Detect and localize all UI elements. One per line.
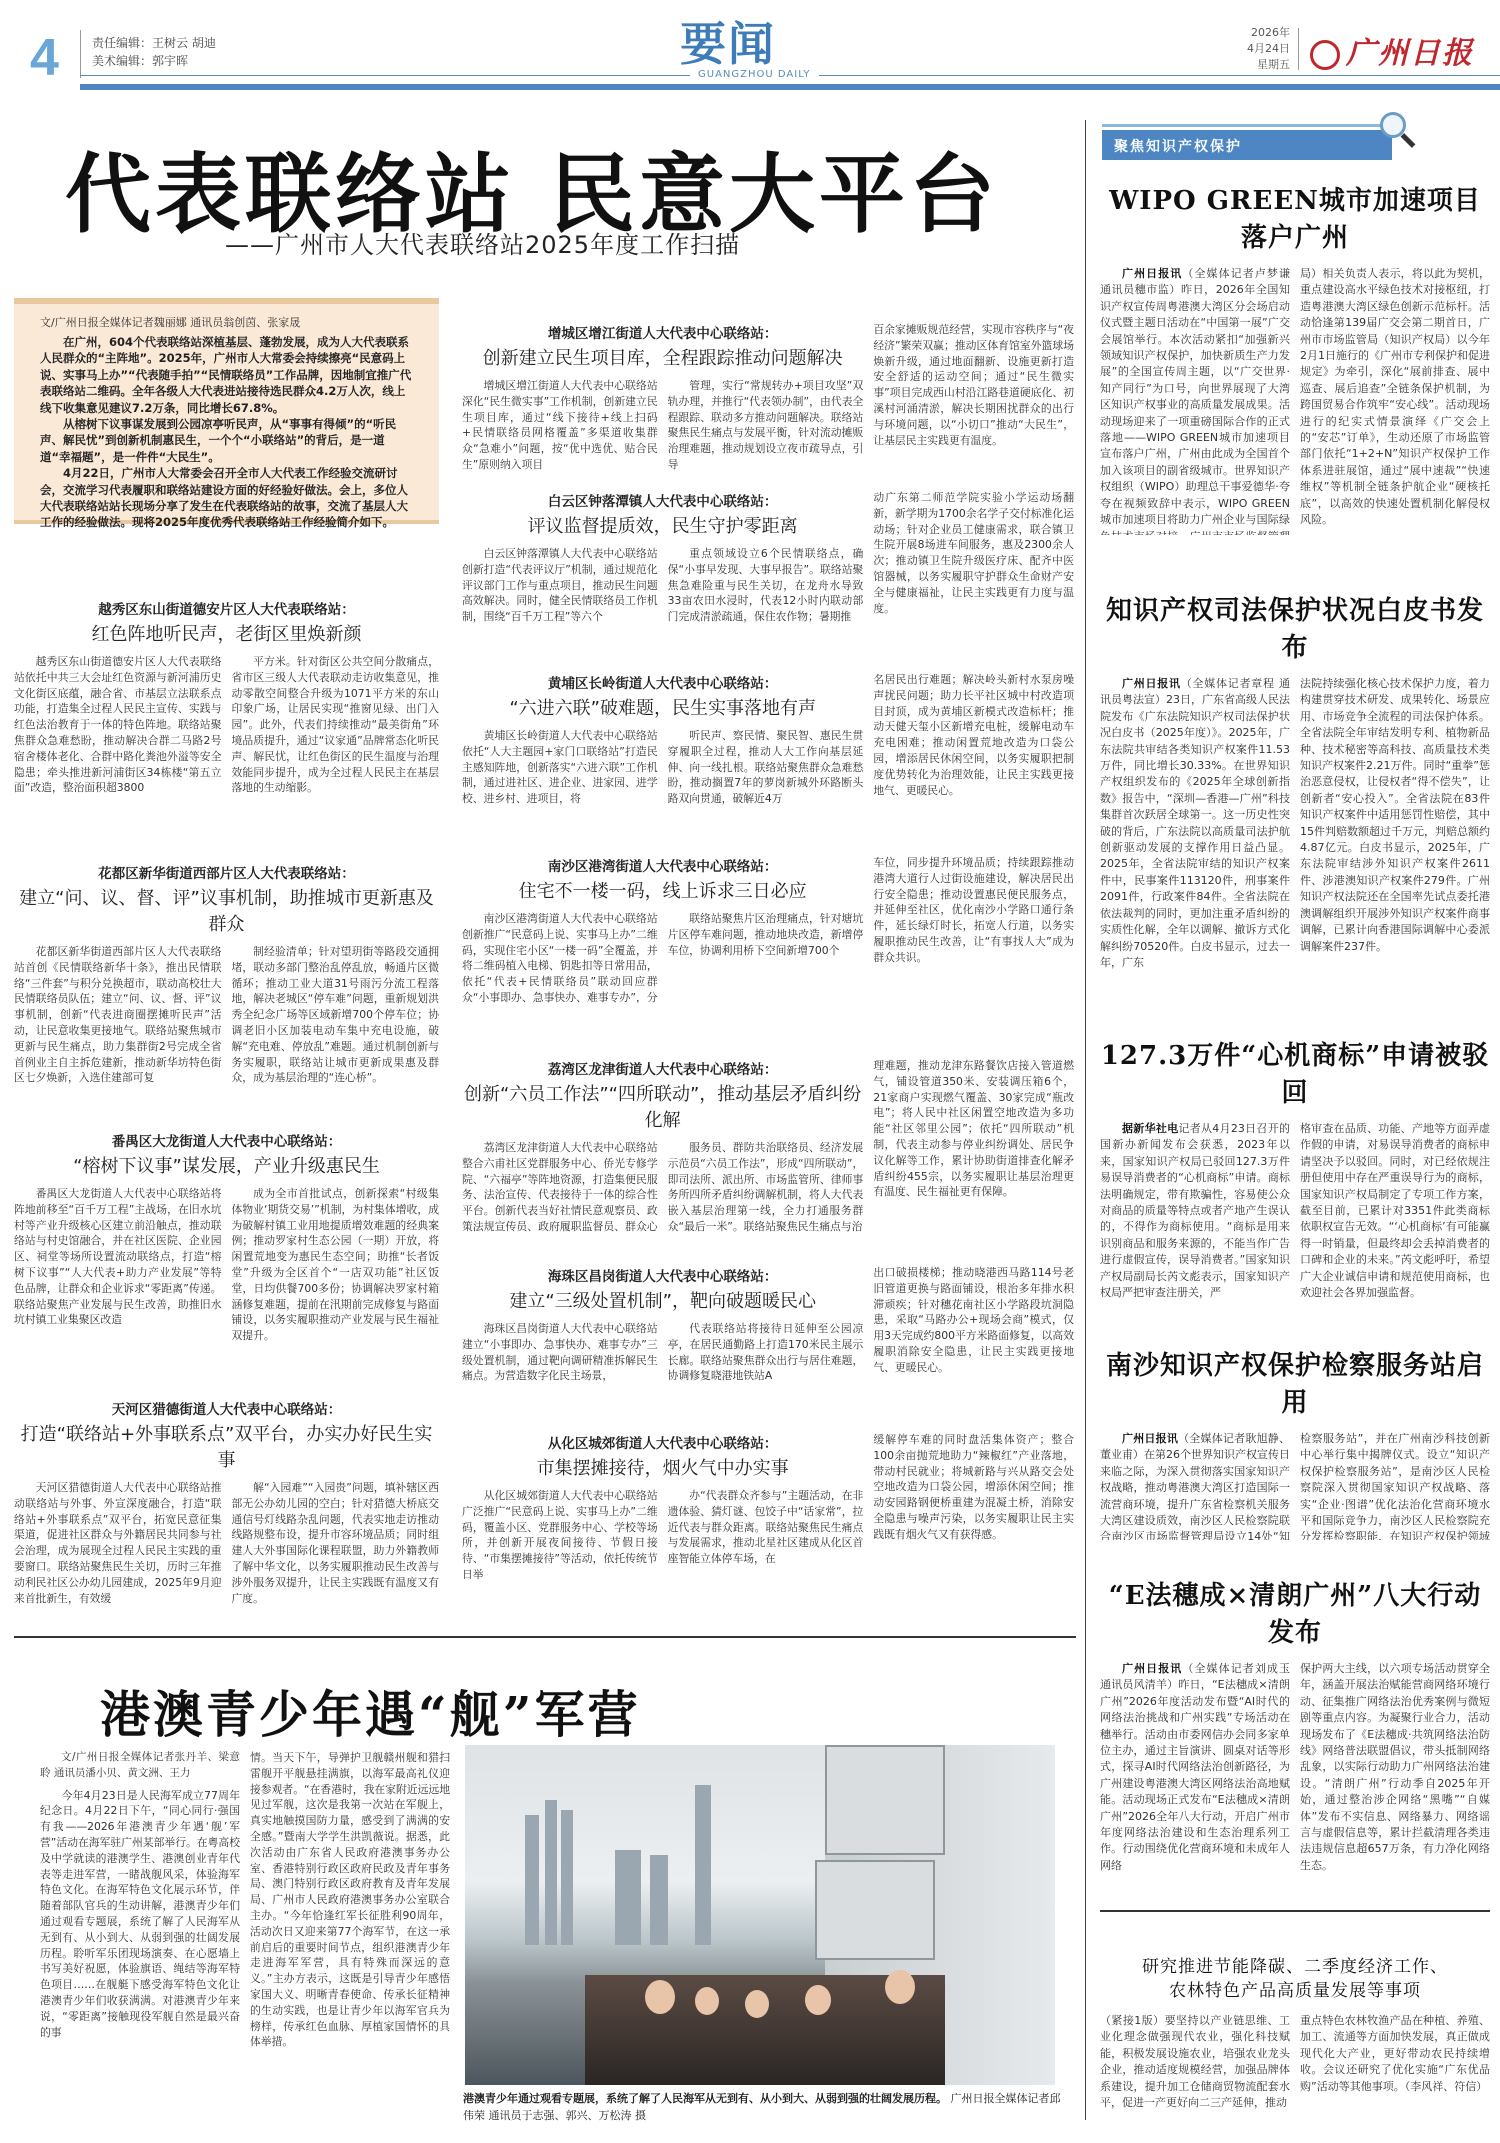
station-kicker: 增城区增江街道人大代表中心联络站： [462,322,863,342]
date-day: 4月24日 [1230,41,1290,57]
article-column: 成为全市首批试点，创新探索“村级集体物业‘期货交易’”机制，为村集体增收，成为破… [232,1186,440,1344]
station-headline: 住宅不一楼一码，线上诉求三日必应 [462,877,863,903]
station-article: 白云区钟落潭镇人大代表中心联络站：评议监督提质效，民生守护零距离 白云区钟落潭镇… [462,490,1074,635]
station-headline: 建立“三级处置机制”，靶向破题暖民心 [462,1287,863,1313]
sidebar-headline: 研究推进节能降碳、二季度经济工作、农林特色产品高质量发展等事项 [1100,1955,1490,2003]
sidebar-article: 127.3万件“心机商标”申请被驳回 据新华社电记者从4月23日召开的国新办新闻… [1100,1035,1490,1305]
issue-date: 2026年 4月24日 星期五 [1230,25,1290,73]
column-divider [1085,120,1086,2120]
dateline: 广州日报讯 [1122,267,1182,280]
article-column: 保护两大主线，以六项专场活动贯穿全年，涵盖开展法治赋能营商网络环境行动、征集推广… [1300,1661,1490,1874]
intro-paragraph: 从榕树下议事谋发展到公园凉亭听民声，从“事事有得倾”的“听民声、解民忧”到创新机… [40,416,415,465]
navy-story-title: 港澳青少年遇“舰”军营 [100,1675,641,1747]
station-article: 天河区猎德街道人大代表中心联络站： 打造“联络站+外事联系点”双平台，办实办好民… [14,1398,439,1608]
station-kicker: 从化区城郊街道人大代表中心联络站： [462,1432,863,1452]
navy-byline: 文/广州日报全媒体记者张丹羊、梁意聆 通讯员潘小贝、黄文洲、王力 [40,1750,240,1782]
station-article: 南沙区港湾街道人大代表中心联络站：住宅不一楼一码，线上诉求三日必应 南沙区港湾街… [462,855,1074,1003]
article-column: 花都区新华街道西部片区人大代表联络站首创《民情联络新华十条》，推出民情联络“三件… [14,944,222,1086]
article-column: 办“代表群众齐参与”主题活动，在非遗体验、猜灯谜、包饺子中“话家常”，拉近代表与… [668,1488,864,1567]
station-kicker: 白云区钟落潭镇人大代表中心联络站： [462,490,863,510]
station-kicker: 越秀区东山街道德安片区人大代表联络站： [14,598,439,618]
date-weekday: 星期五 [1230,57,1290,73]
intro-byline: 文/广州日报全媒体记者魏丽娜 通讯员翁创茵、张家晟 [40,314,415,330]
sidebar-headline: 知识产权司法保护状况白皮书发布 [1100,590,1490,664]
logo-text: 广州日报 [1346,36,1474,71]
sidebar-headline: 南沙知识产权保护检察服务站启用 [1100,1345,1490,1419]
article-column: 从化区城郊街道人大代表中心联络站广泛推广“民意码上说、实事马上办”二维码，覆盖小… [462,1488,658,1583]
station-kicker: 花都区新华街道西部片区人大代表联络站： [14,862,439,882]
station-headline: 打造“联络站+外事联系点”双平台，办实办好民生实事 [14,1420,439,1472]
article-column: 检察服务站”，并在广州南沙科技创新中心举行集中揭牌仪式。设立“知识产权保护检察服… [1300,1431,1490,1540]
sidebar-article: WIPO GREEN城市加速项目落户广州 广州日报讯（全媒体记者卢梦谦 通讯员穗… [1100,180,1490,535]
station-kicker: 番禺区大龙街道人大代表中心联络站： [14,1130,439,1150]
dateline: 广州日报讯 [1122,1432,1178,1445]
section-rule [1100,1910,1490,1912]
station-article: 增城区增江街道人大代表中心联络站：创新建立民生项目库，全程跟踪推动问题解决 增城… [462,322,1074,472]
article-column: 海珠区昌岗街道人大代表中心联络站建立“小事即办、急事快办、难事专办”三级处置机制… [462,1321,658,1384]
intro-paragraph: 在广州，604个代表联络站深植基层、蓬勃发展，成为人大代表联系人民群众的“主阵地… [40,334,415,416]
article-column: 平方米。针对街区公共空间分散痛点，省市区三级人大代表联动走访收集意见，推动零散空… [232,654,440,796]
article-column: 局）相关负责人表示，将以此为契机，重点建设高水平绿色技术对接枢纽，打造粤港澳大湾… [1300,266,1490,529]
sidebar-article: 研究推进节能降碳、二季度经济工作、农林特色产品高质量发展等事项 （紧接1版）要坚… [1100,1955,1490,2140]
article-column: （全媒体记者耿旭静、董业甫）在第26个世界知识产权宣传日来临之际，为深入贯彻落实… [1100,1432,1290,1540]
article-column: 管理，实行“常规转办+项目攻坚”双轨办理，并推行“代表领办制”，由代表全程跟踪、… [668,378,864,472]
article-column: 服务员、群防共治联络员、经济发展示范员“六员工作法”，形成“四所联动”，即司法所… [668,1140,864,1235]
station-headline: “六进六联”破难题，民生实事落地有声 [462,694,863,720]
article-column: 要坚持以产业链思维、工业化理念做强现代农业，强化科技赋能，积极发展设施农业，培强… [1100,2014,1290,2109]
article-column: 黄埔区长岭街道人大代表中心联络站依托“人大主题园+家门口联络站”打造民主感知阵地… [462,728,658,807]
article-column: 白云区钟落潭镇人大代表中心联络站创新打造“代表评议厅”机制，通过规范化评议部门工… [462,546,658,625]
station-article: 海珠区昌岗街道人大代表中心联络站：建立“三级处置机制”，靶向破题暖民心 海珠区昌… [462,1265,1074,1405]
header-bar [80,84,1500,90]
article-column: 缓解停车难的同时盘活集体资产；整合100余亩抛荒地助力“辣椒红”产业落地，带动村… [873,1432,1074,1543]
sidebar-article: “E法穗成×清朗广州”八大行动发布 广州日报讯（全媒体记者刘成玉 通讯员风清羊）… [1100,1575,1490,1885]
article-column: 联络站聚焦片区治理痛点，针对塘坑片区停车难问题，推动地块改造，新增停车位，协调利… [668,911,864,958]
station-headline: “榕树下议事”谋发展，产业升级惠民生 [14,1152,439,1178]
article-column: 百余家摊贩规范经营，实现市容秩序与“夜经济”繁荣双赢；推动区体育馆室外篮球场焕新… [873,322,1074,448]
article-column: （全媒体记者刘成玉 通讯员风清羊）昨日，“E法穗成×清朗广州”2026年度活动发… [1100,1662,1290,1872]
dateline: 据新华社电 [1122,1122,1178,1135]
sidebar-banner: 聚焦知识产权保护 [1102,130,1392,160]
station-kicker: 天河区猎德街道人大代表中心联络站： [14,1398,439,1418]
navy-story-body: 文/广州日报全媒体记者张丹羊、梁意聆 通讯员潘小贝、黄文洲、王力 今年4月23日… [40,1750,450,2140]
article-column: 车位，同步提升环境品质；持续跟踪推动港湾大道行人过街设施建设，解决居民出行安全隐… [873,855,1074,966]
station-headline: 市集摆摊接待，烟火气中办实事 [462,1454,863,1480]
art-editor-line: 美术编辑：郭宇晖 [92,52,216,70]
photo-caption: 港澳青少年通过观看专题展，系统了解了人民海军从无到有、从小到大、从弱到强的壮阔发… [463,2090,1063,2124]
navy-photo [465,1745,1055,2085]
editor-credits: 责任编辑：王树云 胡迪 美术编辑：郭宇晖 [92,34,216,70]
sidebar-headline: “E法穗成×清朗广州”八大行动发布 [1100,1575,1490,1649]
logo-mark-icon [1310,40,1340,70]
sidebar-headline: 127.3万件“心机商标”申请被驳回 [1100,1035,1490,1109]
section-rule [14,1636,1076,1638]
station-kicker: 海珠区昌岗街道人大代表中心联络站： [462,1265,863,1285]
station-article: 越秀区东山街道德安片区人大代表联络站： 红色阵地听民声，老街区里焕新颜 越秀区东… [14,598,439,838]
article-column: 出口破损楼梯；推动晓港西马路114号老旧管道更换与路面铺设，根治多年排水积滞顽疾… [873,1265,1074,1376]
station-headline: 建立“问、议、督、评”议事机制，助推城市更新惠及群众 [14,884,439,936]
editor-line: 责任编辑：王树云 胡迪 [92,34,216,52]
newspaper-logo: 广州日报 [1310,28,1474,72]
article-column: 听民声、察民情、聚民智、惠民生贯穿履职全过程，推动人大工作向基层延伸、向一线扎根… [668,728,864,807]
magnifier-handle-icon [1401,133,1416,148]
article-column: 番禺区大龙街道人大代表中心联络站将阵地前移至“百千万工程”主战场，在旧水坑村等产… [14,1186,222,1328]
page-number: 4 [30,28,59,88]
article-column: 解“入园难”“入园贵”问题，填补辖区西部无公办幼儿园的空白；针对猎德大桥底交通信… [232,1480,440,1606]
station-kicker: 黄埔区长岭街道人大代表中心联络站： [462,672,863,692]
sidebar-article: 南沙知识产权保护检察服务站启用 广州日报讯（全媒体记者耿旭静、董业甫）在第26个… [1100,1345,1490,1540]
article-column: 重点特色农林牧渔产品在种植、养殖、加工、流通等方面加快发展，真正做成现代化大产业… [1300,2013,1490,2095]
article-column: 重点领域设立6个民情联络点，确保“小事早发现、大事早报告”。联络站聚焦急难险重与… [668,546,864,625]
dateline: 广州日报讯 [1122,677,1181,690]
station-headline: 红色阵地听民声，老街区里焕新颜 [14,620,439,646]
article-column: 南沙区港湾街道人大代表中心联络站创新推广“民意码上说、实事马上办”二维码，实现住… [462,911,658,1003]
station-headline: 评议监督提质效，民生守护零距离 [462,512,863,538]
caption-text: 港澳青少年通过观看专题展，系统了解了人民海军从无到有、从小到大、从弱到强的壮阔发… [463,2092,947,2105]
article-column: 荔湾区龙津街道人大代表中心联络站整合六甫社区党群服务中心、侨光专修学院、“六福亭… [462,1140,658,1236]
article-column: （全媒体记者卢梦谦 通讯员穗市监）昨日，2026年全国知识产权宣传周粤港澳大湾区… [1100,267,1290,535]
article-column: 名居民出行难题；解决岭头新村水泵房噪声扰民问题；助力长平社区城中村改造项目封顶，… [873,672,1074,798]
article-column: （全媒体记者章程 通讯员粤法宣）23日，广东省高级人民法院发布《广东法院知识产权… [1100,677,1290,969]
section-subtitle: GUANGZHOU DAILY [690,69,819,80]
banner-rule [1102,124,1402,127]
sidebar-headline: WIPO GREEN城市加速项目落户广州 [1100,180,1490,254]
station-kicker: 南沙区港湾街道人大代表中心联络站： [462,855,863,875]
divider [1298,28,1299,70]
station-headline: 创新建立民生项目库，全程跟踪推动问题解决 [462,344,863,370]
station-article: 花都区新华街道西部片区人大代表联络站： 建立“问、议、督、评”议事机制，助推城市… [14,862,439,1112]
article-column: 情。当天下午，导弹护卫舰赣州舰和猎扫雷舰开平舰悬挂满旗，以海军最高礼仪迎接参观者… [250,1750,450,2050]
divider [80,30,81,78]
article-column: 代表联络站将接待日延伸至公园凉亭，在居民通勤路上打造170米民主展示长廊。联络站… [668,1321,864,1384]
station-kicker: 荔湾区龙津街道人大代表中心联络站： [462,1058,863,1078]
article-column: 记者从4月23日召开的国新办新闻发布会获悉，2023年以来，国家知识产权局已驳回… [1100,1122,1290,1299]
article-column: 增城区增江街道人大代表中心联络站深化“民生微实事”工作机制，创新建立民生项目库，… [462,378,658,472]
station-article: 番禺区大龙街道人大代表中心联络站： “榕树下议事”谋发展，产业升级惠民生 番禺区… [14,1130,439,1380]
station-article: 荔湾区龙津街道人大代表中心联络站：创新“六员工作法”“四所联动”，推动基层矛盾纠… [462,1058,1074,1236]
feature-intro-box: 文/广州日报全媒体记者魏丽娜 通讯员翁创茵、张家晟 在广州，604个代表联络站深… [14,298,439,524]
section-title: 要闻 [680,8,776,74]
station-headline: 创新“六员工作法”“四所联动”，推动基层矛盾纠纷化解 [462,1080,863,1132]
article-column: 法院持续强化核心技术保护力度，着力构建贯穿技术研发、成果转化、场景应用、市场竞争… [1300,676,1490,955]
station-article: 黄埔区长岭街道人大代表中心联络站：“六进六联”破难题，民生实事落地有声 黄埔区长… [462,672,1074,817]
sidebar-article: 知识产权司法保护状况白皮书发布 广州日报讯（全媒体记者章程 通讯员粤法宣）23日… [1100,590,1490,1005]
intro-paragraph: 4月22日，广州市人大常委会召开全市人大代表工作经验交流研讨会，交流学习代表履职… [40,465,415,531]
article-column: 天河区猎德街道人大代表中心联络站推动联络站与外事、外宣深度融合，打造“联络站+外… [14,1480,222,1606]
article-column: 制经验清单；针对望玥街等路段交通拥堵，联动多部门整治乱停乱放，畅通片区微循环；推… [232,944,440,1086]
article-column: 理难题，推动龙津东路餐饮店接入管道燃气，铺设管道350米、安装调压箱6个，21家… [873,1058,1074,1200]
article-column: 动广东第二师范学院实验小学运动场翻新，新学期为1700余名学子交付标准化运动场；… [873,490,1074,616]
article-column: 越秀区东山街道德安片区人大代表联络站依托中共三大会址红色资源与新河浦历史文化街区… [14,654,222,796]
station-article: 从化区城郊街道人大代表中心联络站：市集摆摊接待，烟火气中办实事 从化区城郊街道人… [462,1432,1074,1602]
feature-subtitle: ——广州市人大代表联络站2025年度工作扫描 [225,225,740,260]
dateline: 广州日报讯 [1122,1662,1182,1675]
article-column: 今年4月23日是人民海军成立77周年纪念日。4月22日下午，“同心同行·强国有我… [40,1788,240,2041]
date-year: 2026年 [1230,25,1290,41]
article-column: 格审查在品质、功能、产地等方面弄虚作假的申请，对易误导消费者的商标申请坚决予以驳… [1300,1121,1490,1301]
dateline: （紧接1版） [1100,2014,1165,2027]
